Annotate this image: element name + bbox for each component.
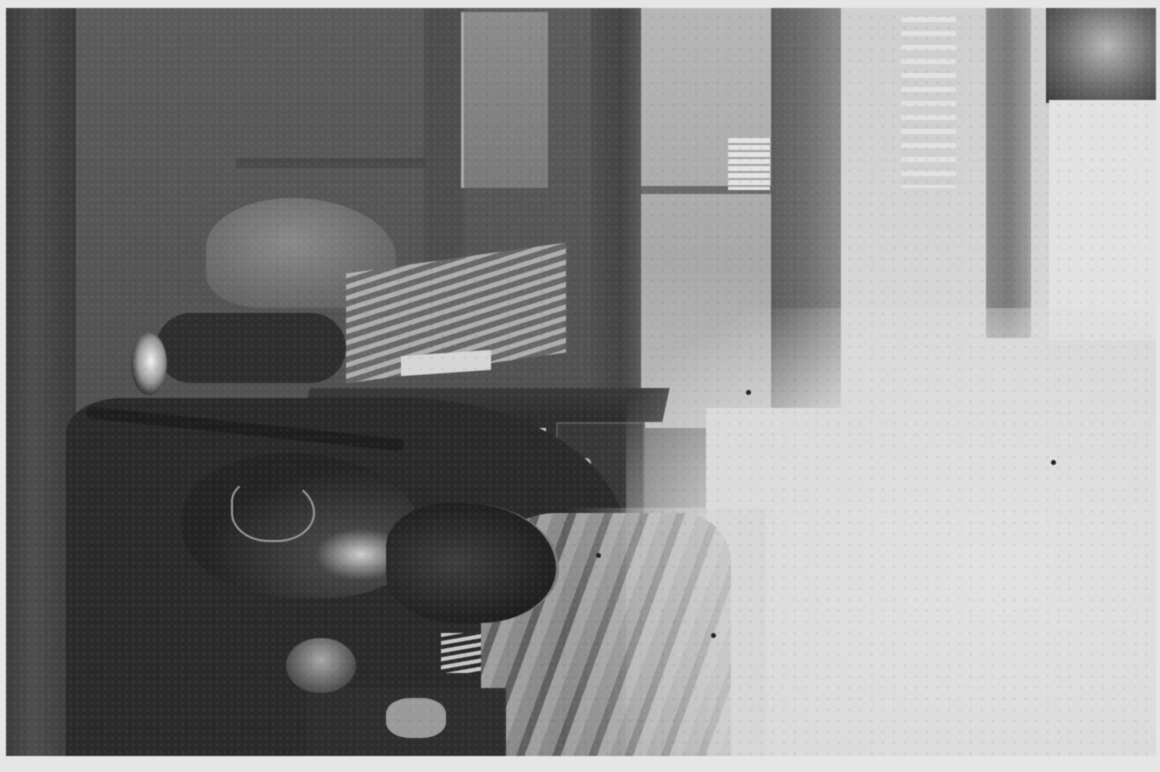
window-frame	[424, 8, 464, 268]
folded-linens	[728, 138, 770, 190]
dust-speck	[746, 390, 751, 395]
dust-speck	[711, 633, 716, 638]
image-description: Vintage black-and-white photograph of a …	[0, 0, 1, 1]
seat-spring	[441, 633, 481, 673]
right-wall-panel	[1049, 100, 1156, 340]
headlamp-housing	[156, 313, 346, 383]
back-shelf	[236, 158, 426, 168]
dust-speck	[1051, 460, 1056, 465]
right-door-post	[986, 8, 1031, 338]
window-blinds	[901, 8, 956, 188]
chrome-highlight	[386, 698, 446, 738]
headlamp	[131, 333, 167, 395]
engine-cylinder	[286, 638, 356, 693]
rack-fade	[566, 508, 766, 756]
hanging-cloth	[1046, 8, 1156, 103]
back-window	[461, 12, 548, 188]
dust-speck	[596, 553, 601, 558]
photograph	[6, 8, 1156, 756]
